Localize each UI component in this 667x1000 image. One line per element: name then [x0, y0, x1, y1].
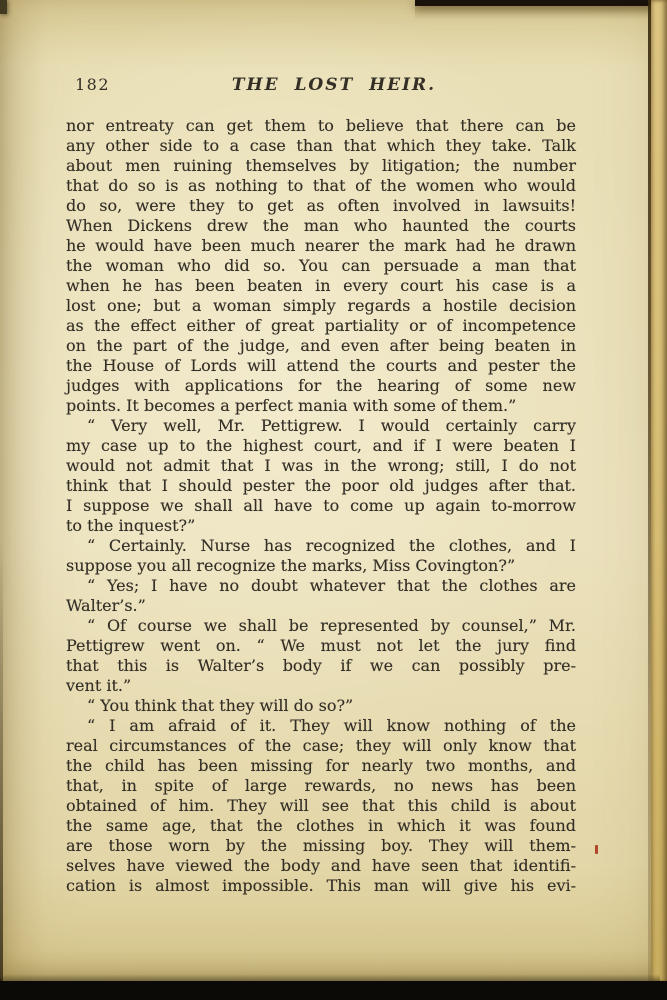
text-line: points. It becomes a perfect mania with …	[66, 396, 576, 416]
text-line: judges with applications for the hearing…	[66, 376, 576, 396]
text-line: “ Yes; I have no doubt whatever that the…	[66, 576, 576, 596]
running-title: THE LOST HEIR.	[79, 75, 589, 95]
text-line: Walter’s.”	[66, 596, 576, 616]
text-line: are those worn by the missing boy. They …	[66, 836, 576, 856]
text-line: the same age, that the clothes in which …	[66, 816, 576, 836]
text-line: that, in spite of large rewards, no news…	[66, 776, 576, 796]
text-line: “ Very well, Mr. Pettigrew. I would cert…	[66, 416, 576, 436]
text-line: do so, were they to get as often involve…	[66, 196, 576, 216]
text-line: to the inquest?”	[66, 516, 576, 536]
scan-left-edge	[0, 540, 3, 982]
text-line: cation is almost impossible. This man wi…	[66, 876, 576, 896]
text-line: obtained of him. They will see that this…	[66, 796, 576, 816]
text-line: as the effect either of great partiality…	[66, 316, 576, 336]
page-body: nor entreaty can get them to believe tha…	[66, 116, 576, 896]
text-line: about men ruining themselves by litigati…	[66, 156, 576, 176]
text-line: real circumstances of the case; they wil…	[66, 736, 576, 756]
text-line: When Dickens drew the man who haunted th…	[66, 216, 576, 236]
text-line: he would have been much nearer the mark …	[66, 236, 576, 256]
text-line: on the part of the judge, and even after…	[66, 336, 576, 356]
text-line: selves have viewed the body and have see…	[66, 856, 576, 876]
text-line: “ I am afraid of it. They will know noth…	[66, 716, 576, 736]
text-line: that do so is as nothing to that of the …	[66, 176, 576, 196]
text-line: vent it.”	[66, 676, 576, 696]
text-line: think that I should pester the poor old …	[66, 476, 576, 496]
text-line: the woman who did so. You can persuade a…	[66, 256, 576, 276]
text-line: suppose you all recognize the marks, Mis…	[66, 556, 576, 576]
text-line: “ Of course we shall be represented by c…	[66, 616, 576, 636]
text-line: that this is Walter’s body if we can pos…	[66, 656, 576, 676]
text-line: the child has been missing for nearly tw…	[66, 756, 576, 776]
text-line: Pettigrew went on. “ We must not let the…	[66, 636, 576, 656]
text-line: lost one; but a woman simply regards a h…	[66, 296, 576, 316]
text-line: “ Certainly. Nurse has recognized the cl…	[66, 536, 576, 556]
text-line: nor entreaty can get them to believe tha…	[66, 116, 576, 136]
text-line: when he has been beaten in every court h…	[66, 276, 576, 296]
scan-top-edge	[415, 0, 667, 6]
scan-top-left-edge	[0, 0, 7, 14]
red-ink-mark	[595, 845, 598, 854]
adjacent-page-edge	[651, 0, 667, 982]
text-line: would not admit that I was in the wrong;…	[66, 456, 576, 476]
text-line: any other side to a case than that which…	[66, 136, 576, 156]
text-line: my case up to the highest court, and if …	[66, 436, 576, 456]
page-header: 182 THE LOST HEIR.	[66, 75, 576, 97]
text-line: the House of Lords will attend the court…	[66, 356, 576, 376]
text-line: I suppose we shall all have to come up a…	[66, 496, 576, 516]
text-line: “ You think that they will do so?”	[66, 696, 576, 716]
book-page-scan: 182 THE LOST HEIR. nor entreaty can get …	[0, 0, 667, 1000]
scan-bottom-band	[0, 981, 667, 1000]
